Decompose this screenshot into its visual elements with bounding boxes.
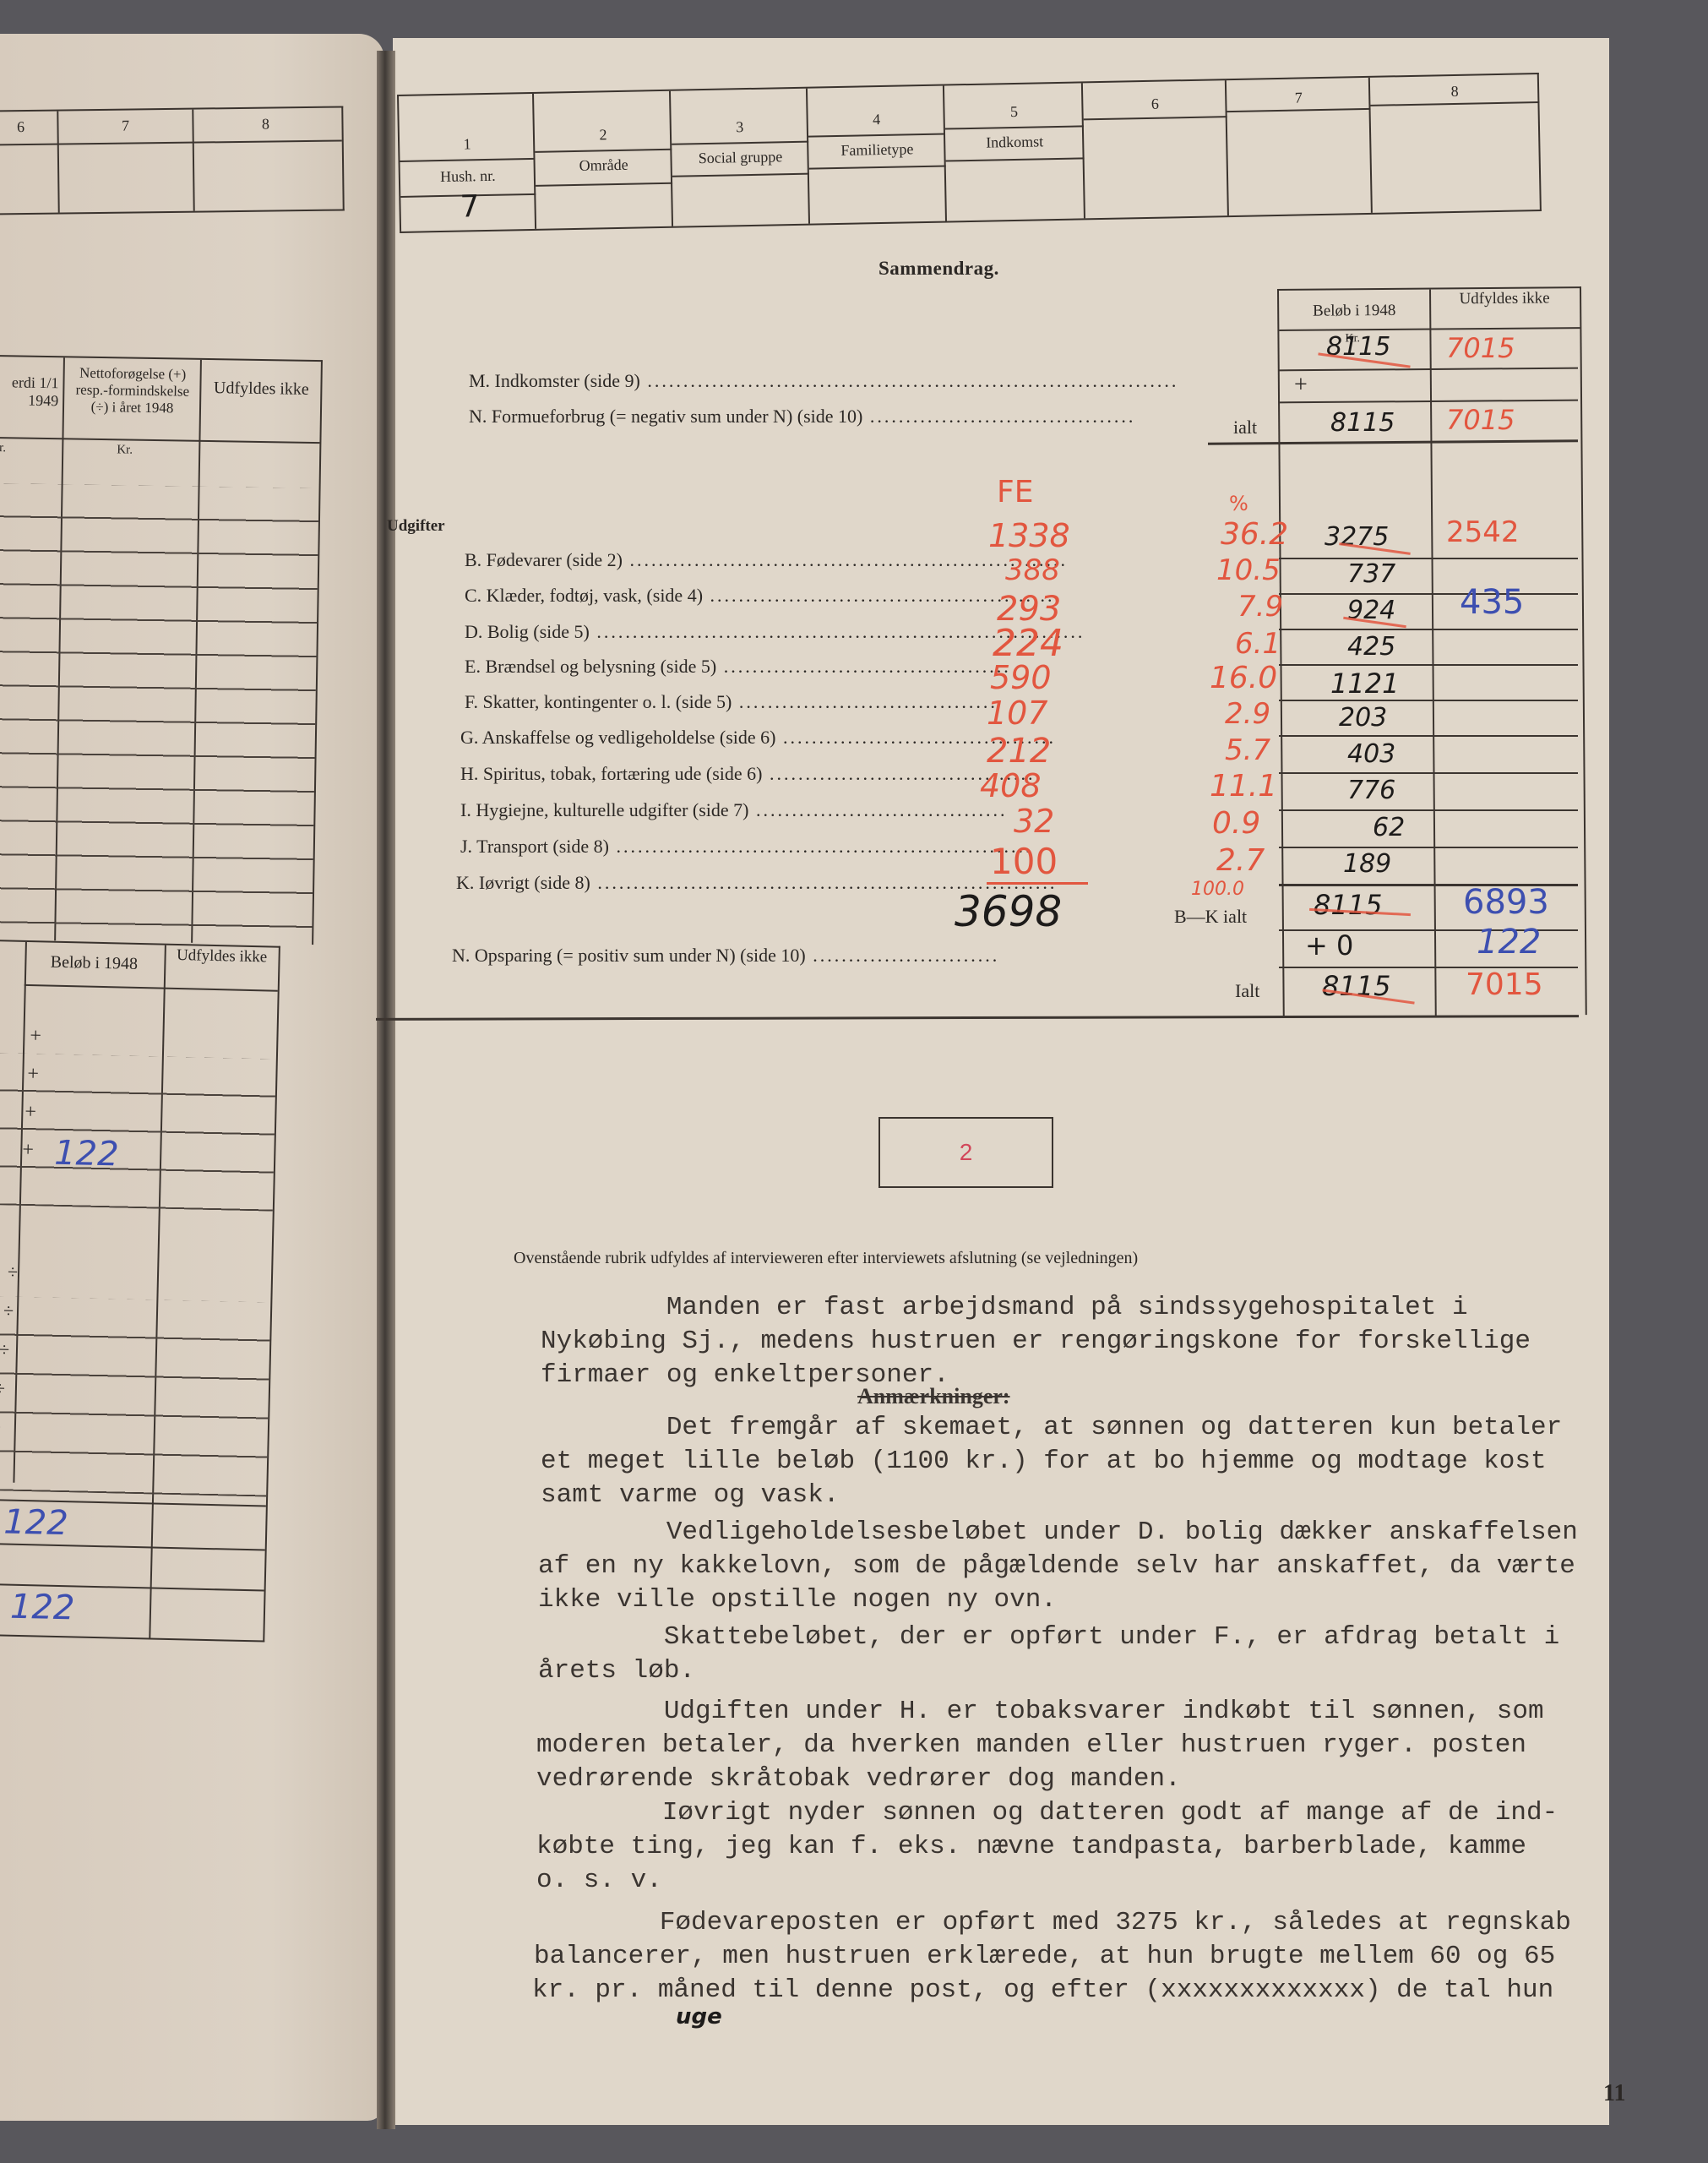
amount-value: 403 [1347, 739, 1395, 769]
remarks-line: årets løb. [538, 1656, 695, 1686]
amount-1948-header: Beløb i 1948 [26, 952, 161, 975]
pct-value: 6.1 [1235, 627, 1281, 661]
expense-row-g: G. Anskaffelse og vedligeholdelse (side … [460, 727, 1056, 749]
amount-value: 189 [1343, 849, 1391, 879]
remarks-line: Udgiften under H. er tobaksvarer indkøbt… [538, 1697, 1544, 1726]
fe-value: 100 [990, 841, 1058, 882]
fe-value: 1338 [988, 517, 1070, 554]
grand-total-alt: 7015 [1466, 967, 1543, 1002]
remarks-line: Manden er fast arbejdsmand på sindssygeh… [541, 1293, 1468, 1322]
fe-value: 590 [990, 659, 1052, 696]
expense-row-f: F. Skatter, kontingenter o. l. (side 5) … [465, 691, 998, 713]
remarks-line: Fødevareposten er opført med 3275 kr., s… [534, 1908, 1571, 1937]
income-row-n: N. Formueforbrug (= negativ sum under N)… [469, 406, 1135, 428]
fe-value: 408 [980, 767, 1042, 804]
id-col-indkomst: 5 Indkomst [943, 83, 1085, 221]
unit-kr: Kr. [0, 441, 6, 455]
remarks-line: balancerer, men hustruen erklærede, at h… [534, 1942, 1555, 1971]
minus-sign: ÷ [0, 1377, 5, 1399]
remarks-line: ikke ville opstille nogen ny ovn. [538, 1585, 1057, 1615]
expense-row-i: I. Hygiejne, kulturelle udgifter (side 7… [460, 799, 1008, 821]
minus-sign: ÷ [8, 1261, 19, 1283]
book-gutter [377, 51, 395, 2129]
remarks-line: o. s. v. [536, 1866, 662, 1895]
household-id-table: 1 Hush. nr. 7 2 Område 3 Social gruppe 4… [397, 73, 1542, 233]
not-filled-header: Udfyldes ikke [1433, 290, 1576, 308]
fe-value: 388 [1005, 553, 1060, 587]
pct-total: 100.0 [1191, 879, 1244, 900]
remarks-line: købte ting, jeg kan f. eks. nævne tandpa… [536, 1832, 1526, 1861]
amount-value: 737 [1347, 559, 1395, 589]
remarks-line: et meget lille beløb (1100 kr.) for at b… [541, 1447, 1547, 1476]
id-col-7: 7 [1225, 78, 1373, 215]
amount-1948-header: Beløb i 1948 [1279, 302, 1429, 321]
remarks-heading-struck: Anmærkninger: [857, 1384, 1010, 1409]
handwritten-correction: uge [676, 2004, 722, 2030]
bk-total-amount: 8115 [1314, 889, 1382, 921]
remarks-line: kr. pr. måned til denne post, og efter (… [532, 1975, 1553, 2005]
pct-value: 0.9 [1212, 806, 1260, 841]
col-not-filled-header: Udfyldes ikke [206, 379, 316, 400]
remarks-line: Nykøbing Sj., medens hustruen er rengøri… [541, 1327, 1531, 1356]
fe-heading: FE [997, 475, 1033, 509]
amount-value: 62 [1373, 813, 1405, 842]
col-6: 6 [0, 118, 51, 137]
alt-value: 2542 [1446, 515, 1520, 549]
plus-value: 122 [54, 1134, 119, 1174]
interviewer-code-box: 2 [878, 1117, 1053, 1188]
grand-total-label: Ialt [1235, 980, 1259, 1002]
instruction-text: Ovenstående rubrik udfyldes af interview… [514, 1249, 1138, 1268]
id-col-8: 8 [1368, 74, 1542, 213]
remarks-line: samt varme og vask. [541, 1480, 839, 1510]
amount-value: 425 [1347, 632, 1395, 662]
pct-value: 5.7 [1225, 733, 1270, 767]
pct-value: 2.9 [1225, 697, 1270, 731]
col-7: 7 [58, 117, 192, 136]
plus-sign: + [24, 1101, 36, 1124]
income-row-m: M. Indkomster (side 9) .................… [469, 370, 1178, 392]
pct-value: 2.7 [1216, 843, 1265, 878]
id-col-hush-nr: 1 Hush. nr. 7 [397, 94, 536, 232]
remarks-line: Vedligeholdelsesbeløbet under D. bolig d… [541, 1517, 1578, 1547]
fe-value: 107 [987, 695, 1048, 732]
interviewer-code: 2 [960, 1139, 973, 1166]
page-number: 11 [1603, 2080, 1625, 2107]
remarks-line: Iøvrigt nyder sønnen og datteren godt af… [536, 1798, 1558, 1828]
left-mid-table: erdi 1/1 1949 Nettoforøgelse (+) resp.-f… [0, 355, 323, 945]
pct-value: 36.2 [1221, 517, 1288, 552]
col-8: 8 [193, 115, 337, 134]
plus-sign: + [22, 1139, 34, 1162]
remarks-line: moderen betaler, da hverken manden eller… [536, 1730, 1526, 1760]
bk-total-label: B—K ialt [1174, 906, 1247, 928]
expense-row-j: J. Transport (side 8) ..................… [460, 836, 1033, 858]
amount-value: 776 [1347, 776, 1395, 805]
minus-sign: ÷ [0, 1338, 9, 1360]
pct-value: 7.9 [1237, 590, 1283, 624]
pct-heading: % [1229, 492, 1248, 515]
plus-sign: + [27, 1063, 39, 1086]
id-col-familietype: 4 Familietype [806, 86, 947, 224]
plus-sign: + [30, 1025, 41, 1048]
remarks-line: vedrørende skråtobak vedrører dog manden… [536, 1764, 1181, 1794]
total-value: 122 [10, 1588, 75, 1628]
summary-title: Sammendrag. [878, 258, 999, 280]
alt-value: 435 [1460, 583, 1524, 622]
fe-value: 212 [987, 732, 1051, 771]
subtotal-value: 122 [3, 1503, 68, 1544]
amount-value: 1121 [1330, 667, 1399, 700]
id-col-6: 6 [1081, 80, 1229, 218]
minus-sign: ÷ [3, 1299, 14, 1321]
id-col-social-gruppe: 3 Social gruppe [669, 89, 810, 226]
expense-row-b: B. Fødevarer (side 2) ..................… [465, 549, 1068, 571]
fe-value: 32 [1014, 803, 1054, 840]
savings-alt: 122 [1477, 923, 1541, 962]
col-net-change-header: Nettoforøgelse (+) resp.-formindskelse (… [67, 364, 199, 417]
expense-row-e: E. Brændsel og belysning (side 5) ......… [465, 656, 1011, 678]
left-lower-table: Beløb i 1948 Udfyldes ikke + + + + 122 ÷… [0, 940, 280, 1643]
col-value-header: erdi 1/1 1949 [0, 373, 59, 410]
remarks-line: Skattebeløbet, der er opført under F., e… [538, 1622, 1559, 1652]
not-filled-header: Udfyldes ikke [166, 947, 276, 967]
pct-value: 16.0 [1210, 661, 1277, 695]
plus-sign: + [1294, 372, 1308, 399]
pct-value: 10.5 [1216, 553, 1281, 587]
remarks-line: af en ny kakkelovn, som de pågældende se… [538, 1551, 1575, 1581]
fe-total: 3698 [955, 887, 1062, 936]
income-total-amount: 8115 [1330, 408, 1395, 438]
expense-row-c: C. Klæder, fodtøj, vask, (side 4) ......… [465, 585, 1062, 607]
savings-amount: + 0 [1305, 929, 1353, 962]
expenses-heading: Udgifter [387, 517, 445, 536]
pct-value: 11.1 [1210, 769, 1277, 804]
income-m-alt: 7015 [1446, 332, 1515, 364]
unit-kr: Kr. [117, 443, 133, 457]
remarks-line: Det fremgår af skemaet, at sønnen og dat… [541, 1413, 1562, 1442]
income-total-label: ialt [1233, 417, 1257, 439]
id-col-omraade: 2 Område [532, 91, 673, 229]
household-number: 7 [460, 189, 480, 224]
income-total-alt: 7015 [1446, 404, 1515, 436]
savings-row: N. Opsparing (= positiv sum under N) (si… [452, 945, 999, 967]
amount-value: 203 [1339, 703, 1387, 733]
expense-row-h: H. Spiritus, tobak, fortæring ude (side … [460, 763, 1035, 785]
bk-total-alt: 6893 [1463, 883, 1549, 922]
left-top-table: 6 7 8 [0, 106, 345, 215]
